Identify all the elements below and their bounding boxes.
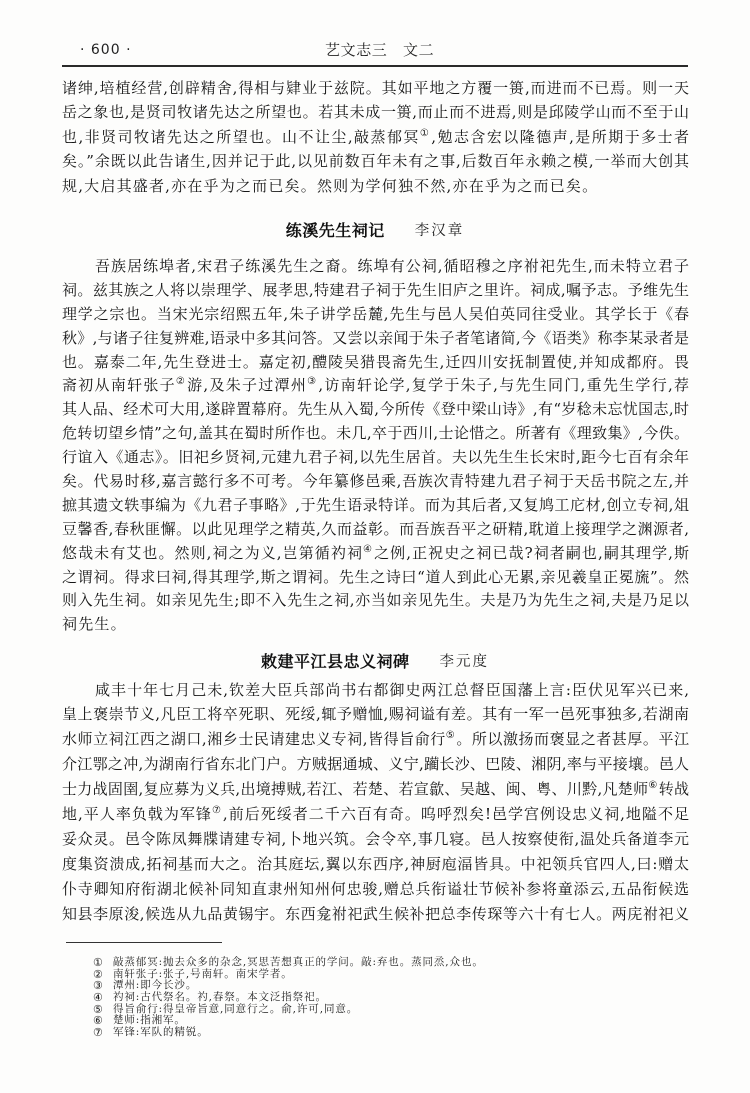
text-line: 吾族居练埠者,宋君子练溪先生之裔。练埠有公祠,循昭穆之序祔祀先生,而未特立君子 [62,255,688,279]
footnote-ref: ② [176,376,187,387]
article-heading: 练溪先生祠记 李汉章 [62,218,688,240]
text-line: 水师立祠江西之湖口,湘乡士民请建忠义专祠,皆得旨俞行⑤。所以激扬而褒显之者甚厚。… [62,727,688,752]
text-line: 其人品、经术可大用,遂辟置幕府。先生从入蜀,今所传《登中梁山诗》,有“岁稔未忘忧… [62,398,688,422]
footnote-rule [66,942,222,943]
footnote-text: 礿祠:古代祭名。礿,春祭。本文泛指祭祀。 [113,992,327,1004]
footnote-text: 军锋:军队的精锐。 [113,1027,209,1039]
footnote-ref: ⑦ [212,805,223,816]
text-line: 士力战固圉,复应募为义兵,出境搏贼,若江、若楚、若宣歙、吴越、闽、粤、川黔,凡楚… [62,777,688,802]
footnote-ref: ⑤ [446,730,457,741]
text-line: 悠哉未有艾也。然则,祠之为义,岂第循礿祠④之例,正祝史之祠已哉?祠者嗣也,嗣其理… [62,542,688,566]
article-body: 吾族居练埠者,宋君子练溪先生之裔。练埠有公祠,循昭穆之序祔祀先生,而未特立君子 … [62,255,688,637]
text-line: 仆寺卿知府衔湖北候补同知直隶州知州何忠骏,赠总兵衔谥壮节候补参将童添云,五品衔候… [62,877,688,902]
text-line: 祠先生。 [62,613,688,637]
page-number: · 600 · [80,41,132,59]
text-line: 也,非贤司牧诸先达之所望也。山不让尘,敲蒸郁冥①,勉志含宏以隆德声,是所期于多士… [62,125,688,150]
footnote-ref: ⑥ [648,780,658,791]
footnote-ref: ① [420,128,431,139]
text-line: 豆馨香,春秋匪懈。以此见理学之精英,久而益彰。而吾族吾平之研精,耽道上接理学之渊… [62,518,688,542]
text-line: 地,平人率负戟为军锋⑦,前后死绥者二千六百有奇。呜呼烈矣!邑学宫例设忠义祠,地隘… [62,802,688,827]
footnote-ref: ④ [363,544,374,555]
text-line: 行谊入《通志》。旧祀乡贤祠,元建九君子祠,以先生居首。夫以先生生长宋时,距今七百… [62,446,688,470]
footnote-ref: ③ [307,376,318,387]
text-line: 之谓祠。得求曰祠,得其理学,斯之谓祠。先生之诗曰“道人到此心无累,亲见羲皇正冕旒… [62,566,688,590]
footnotes: ① 敲蒸郁冥:抛去众多的杂念,冥思苦想真正的学问。敲:弃也。蒸同烝,众也。 ② … [93,957,693,1039]
text-line: 岳之象也,是贤司牧诸先达之所望也。若其未成一篑,而止而不进焉,则是邱陵学山而不至… [62,100,688,125]
text-line: 斋初从南轩张子②游,及朱子过潭州③,访南轩论学,复学于朱子,与先生同门,重先生学… [62,374,688,398]
text-line: 度集资溃成,拓祠基而大之。治其庭坛,翼以东西序,神厨庖湢皆具。中祀领兵官四人,曰… [62,852,688,877]
footnote-marker: ⑦ [93,1027,113,1039]
footnote: ④ 礿祠:古代祭名。礿,春祭。本文泛指祭祀。 [93,992,693,1004]
text-line: 诸绅,培植经营,创辟精舍,得相与肄业于兹院。其如平地之方覆一篑,而进而不已焉。则… [62,76,688,101]
text-line: 咸丰十年七月己未,钦差大臣兵部尚书右都御史两江总督臣国藩上言:臣伏见军兴已来, [62,678,688,703]
header-rule [62,65,688,67]
footnote: ⑦ 军锋:军队的精锐。 [93,1027,693,1039]
text-line: 矣。代易时移,嘉言懿行多不可考。今年纂修邑乘,吾族次青特建九君子祠于天岳书院之左… [62,470,688,494]
article-heading: 敕建平江县忠义祠碑 李元度 [62,649,688,671]
text-line: 矣。”余既以此告诸生,因并记于此,以见前数百年未有之事,后数百年永赖之模,一举而… [62,149,688,174]
article-body: 咸丰十年七月己未,钦差大臣兵部尚书右都御史两江总督臣国藩上言:臣伏见军兴已来, … [62,678,688,927]
text-line: 危转切望乡情”之句,盖其在蜀时所作也。未几,卒于西川,士论惜之。所著有《理致集》… [62,422,688,446]
text-line: 介江鄂之冲,为湖南行省东北门户。方贼据通城、义宁,躏长沙、巴陵、湘阴,率与平接壤… [62,752,688,777]
text-line: 祠。兹其族之人将以崇理学、展孝思,特建君子祠于先生旧庐之里许。祠成,嘱予志。予维… [62,279,688,303]
running-title: 艺文志三 文二 [325,41,435,59]
text-line: 妥众灵。邑令陈凤舞牒请建专祠,卜地兴筑。会令卒,事几寝。邑人按察使衔,温处兵备道… [62,827,688,852]
text-line: 理学之宗也。当宋光宗绍熙五年,朱子讲学岳麓,先生与邑人吴伯英同往受业。其学长于《… [62,303,688,327]
text-line: 知县李原浚,候选从九品黄锡宇。东西龛祔祀武生候补把总李传琛等六十有七人。两庑祔祀… [62,902,688,927]
article-title: 练溪先生祠记 [286,218,385,241]
article-title: 敕建平江县忠义祠碑 [261,649,410,672]
text-line: 规,大启其盛者,亦在乎为之而已矣。然则为学何独不然,亦在乎为之而已矣。 [62,174,688,199]
text-line: 也。嘉泰二年,先生登进士。嘉定初,醴陵吴猎畏斋先生,迁四川安抚制置使,并知成都府… [62,351,688,375]
footnote-marker: ④ [93,992,113,1004]
text-line: 摭其遗文轶事编为《九君子事略》,于先生语录特详。而为其后者,又复鸠工庀材,创立专… [62,494,688,518]
footnote-marker: ① [93,957,113,969]
text-line: 皇上褒崇节义,凡臣工将卒死职、死绥,辄予赠恤,赐祠谥有差。其有一军一邑死事独多,… [62,702,688,727]
footnote-text: 敲蒸郁冥:抛去众多的杂念,冥思苦想真正的学问。敲:弃也。蒸同烝,众也。 [113,957,484,969]
text-line: 则入先生祠。如亲见先生;即不入先生之祠,亦当如亲见先生。夫是乃为先生之祠,夫是乃… [62,589,688,613]
continuation-paragraph: 诸绅,培植经营,创辟精舍,得相与肄业于兹院。其如平地之方覆一篑,而进而不已焉。则… [62,76,688,199]
article-author: 李汉章 [415,219,465,240]
text-line: 秋》,与诸子往复辨难,语录中多其问答。又尝以亲闻于朱子者笔诸简,今《语类》称李某… [62,327,688,351]
article-author: 李元度 [440,650,490,671]
footnote: ① 敲蒸郁冥:抛去众多的杂念,冥思苦想真正的学问。敲:弃也。蒸同烝,众也。 [93,957,693,969]
